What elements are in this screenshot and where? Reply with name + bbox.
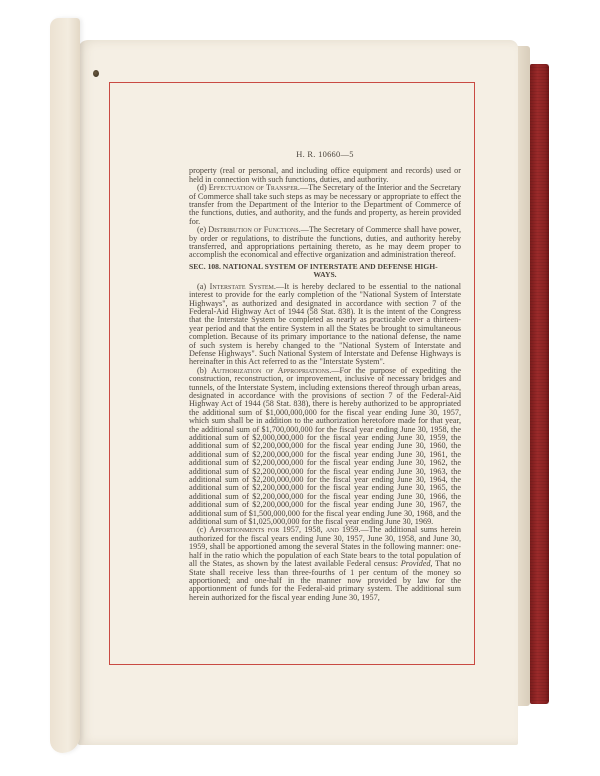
curled-left-page (50, 18, 80, 753)
red-cloth-cover (530, 64, 549, 704)
binding-hole-icon (93, 70, 99, 77)
section-heading: SEC. 108. NATIONAL SYSTEM OF INTERSTATE … (189, 263, 461, 280)
section-heading-line2: WAYS. (189, 271, 461, 279)
paragraph-c: (c) Apportionments for 1957, 1958, and 1… (189, 526, 461, 602)
paragraph-text: —It is hereby declared to be essential t… (189, 282, 461, 367)
paragraph-d: (d) Effectuation of Transfer.—The Secret… (189, 184, 461, 226)
paragraph-continuation: property (real or personal, and includin… (189, 167, 461, 184)
paragraph-a: (a) Interstate System.—It is hereby decl… (189, 283, 461, 367)
paragraph-b: (b) Authorization of Appropriations.—For… (189, 367, 461, 527)
paragraph-e: (e) Distribution of Functions.—The Secre… (189, 226, 461, 260)
paragraph-text: property (real or personal, and includin… (189, 166, 461, 183)
paragraph-text: —For the purpose of expediting the const… (189, 366, 461, 526)
document-text: H. R. 10660—5 property (real or personal… (189, 151, 461, 602)
running-head: H. R. 10660—5 (189, 151, 461, 159)
